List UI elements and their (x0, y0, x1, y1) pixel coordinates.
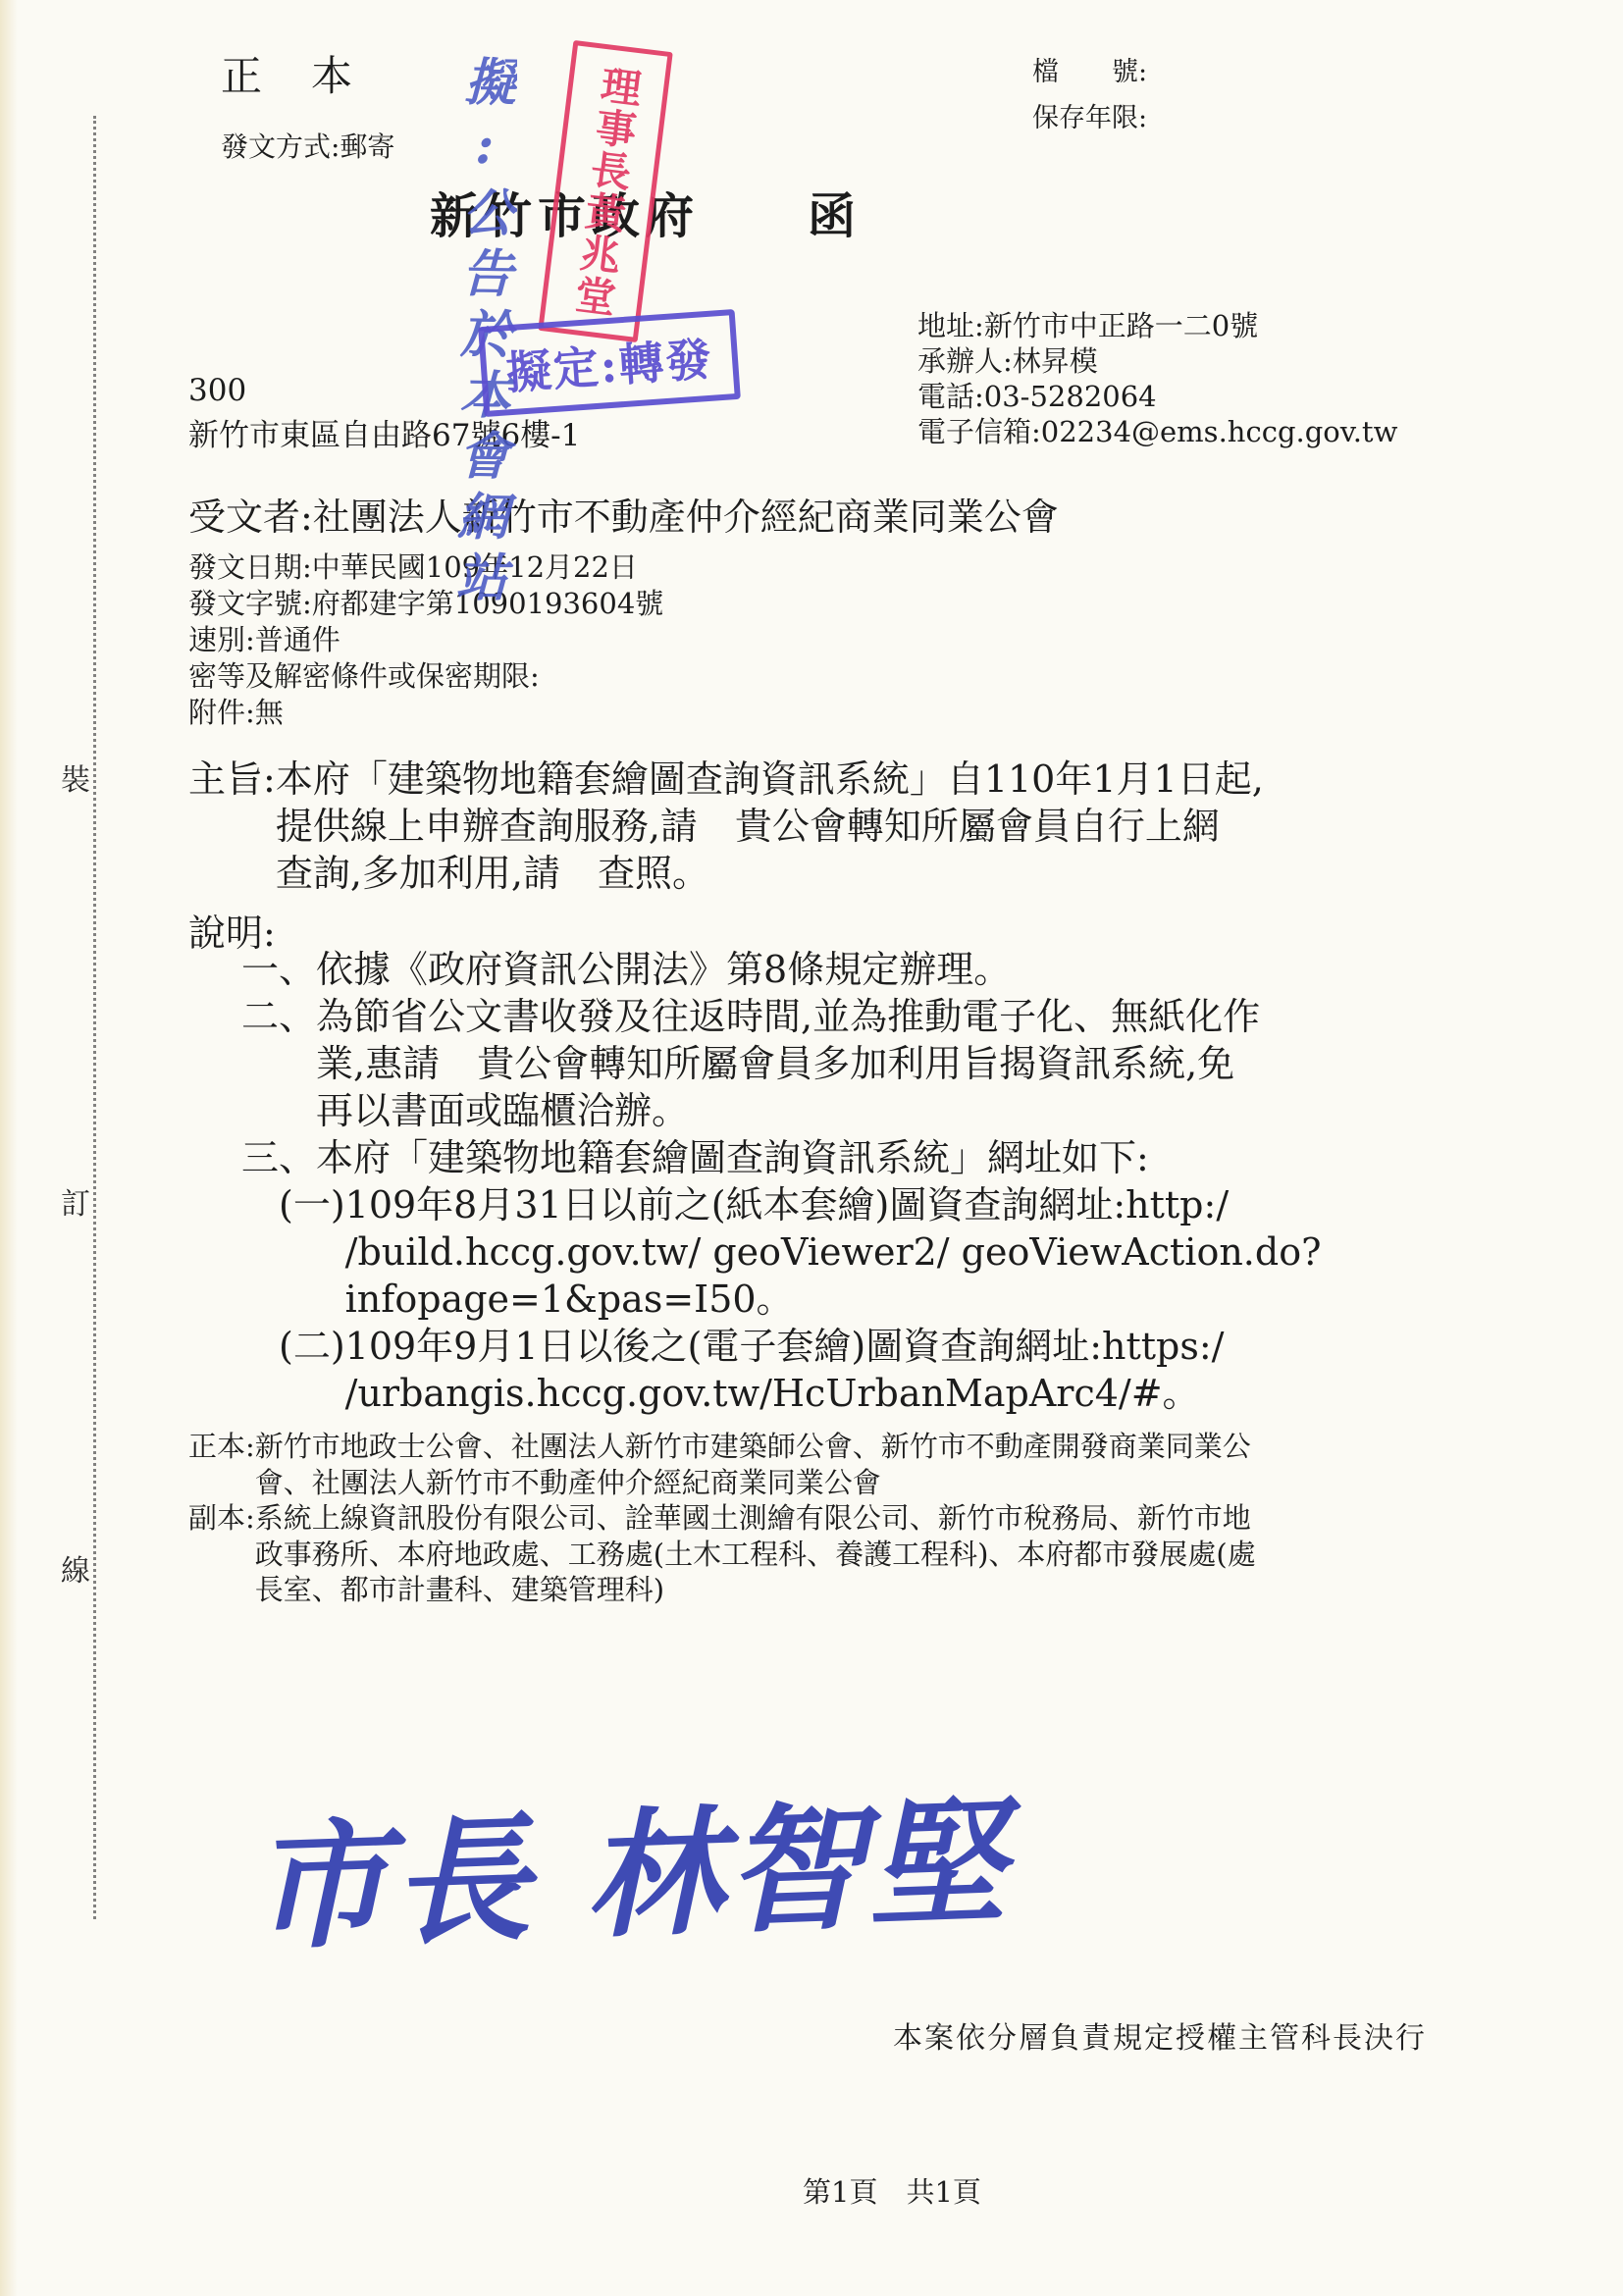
explanation-item: 三、 本府「建築物地籍套繪圖查詢資訊系統」網址如下: (241, 1134, 1439, 1181)
chairman-stamp-text: 理事長黃兆堂 (561, 62, 650, 320)
subject-label: 主旨: (188, 756, 276, 897)
sender-email: 電子信箱:02234@ems.hccg.gov.tw (917, 414, 1397, 449)
subject-text: 本府「建築物地籍套繪圖查詢資訊系統」自110年1月1日起, 提供線上申辦查詢服務… (276, 756, 1425, 897)
file-reference-block: 檔 號: 保存年限: (1032, 49, 1147, 141)
subject-section: 主旨: 本府「建築物地籍套繪圖查詢資訊系統」自110年1月1日起, 提供線上申辦… (188, 756, 1425, 897)
cc-copies-label: 副本: (188, 1500, 255, 1608)
issue-date: 發文日期:中華民國109年12月22日 (188, 549, 663, 586)
original-copies-row: 正本: 新竹市地政士公會、社團法人新竹市建築師公會、新竹市不動產開發商業同業公 … (188, 1429, 1464, 1500)
retention-period-label: 保存年限: (1032, 95, 1147, 141)
item-text: 本府「建築物地籍套繪圖查詢資訊系統」網址如下: (316, 1134, 1439, 1181)
explanation-list: 一、 依據《政府資訊公開法》第8條規定辦理。 二、 為節省公文書收發及往返時間,… (241, 946, 1439, 1417)
recipient-line: 受文者:社團法人新竹市不動產仲介經紀商業同業公會 (188, 487, 1059, 541)
paper-edge-tint (0, 0, 18, 2296)
item-label: (一) (279, 1181, 345, 1323)
security-class: 密等及解密條件或保密期限: (188, 658, 663, 695)
binding-mark-zhuang: 裝 (61, 756, 90, 799)
explanation-item: 一、 依據《政府資訊公開法》第8條規定辦理。 (241, 946, 1439, 993)
distribution-block: 正本: 新竹市地政士公會、社團法人新竹市建築師公會、新竹市不動產開發商業同業公 … (188, 1429, 1464, 1608)
recipient-address: 新竹市東區自由路67號6樓-1 (188, 410, 580, 454)
copy-type-label: 正 本 (221, 44, 356, 103)
delivery-method-label: 發文方式:郵寄 (221, 126, 394, 165)
cc-copies-list: 系統上線資訊股份有限公司、詮華國土測繪有限公司、新竹市稅務局、新竹市地 政事務所… (255, 1500, 1464, 1608)
binding-mark-xian: 線 (61, 1546, 90, 1590)
delegation-note: 本案依分層負責規定授權主管科長決行 (893, 2013, 1427, 2057)
sender-address: 地址:新竹市中正路一二0號 (917, 308, 1397, 343)
sender-phone: 電話:03-5282064 (917, 379, 1397, 414)
item-text-url: 109年9月1日以後之(電子套繪)圖資查詢網址:https:/ /urbangi… (345, 1323, 1439, 1417)
mayor-signature: 市長 林智堅 (247, 1753, 1012, 1977)
speed-class: 速別:普通件 (188, 622, 663, 658)
document-page: 裝 訂 線 正 本 發文方式:郵寄 檔 號: 保存年限: 新竹市政府 函 擬:公… (0, 0, 1623, 2296)
recipient-postal-code: 300 (188, 373, 246, 408)
document-number: 發文字號:府都建字第1090193604號 (188, 586, 663, 622)
item-label: 三、 (241, 1134, 316, 1181)
attachment-note: 附件:無 (188, 695, 663, 731)
item-text-url: 109年8月31日以前之(紙本套繪)圖資查詢網址:http:/ /build.h… (345, 1181, 1439, 1323)
decision-stamp-text: 擬定:轉發 (503, 324, 714, 403)
binding-mark-ding: 訂 (61, 1179, 90, 1223)
page-number: 第1頁 共1頁 (803, 2170, 981, 2211)
binding-dotted-line (93, 116, 96, 1919)
item-label: 一、 (241, 946, 316, 993)
explanation-subitem: (一) 109年8月31日以前之(紙本套繪)圖資查詢網址:http:/ /bui… (279, 1181, 1439, 1323)
explanation-item: 二、 為節省公文書收發及往返時間,並為推動電子化、無紙化作 業,惠請 貴公會轉知… (241, 993, 1439, 1134)
item-label: (二) (279, 1323, 345, 1417)
file-number-label: 檔 號: (1032, 49, 1147, 95)
original-copies-label: 正本: (188, 1429, 255, 1500)
sender-contact-block: 地址:新竹市中正路一二0號 承辦人:林昇模 電話:03-5282064 電子信箱… (917, 308, 1397, 449)
document-metadata-block: 發文日期:中華民國109年12月22日 發文字號:府都建字第1090193604… (188, 549, 663, 731)
item-text: 依據《政府資訊公開法》第8條規定辦理。 (316, 946, 1439, 993)
sender-contact-person: 承辦人:林昇模 (917, 343, 1397, 379)
chairman-stamp: 理事長黃兆堂 (538, 40, 673, 342)
decision-stamp: 擬定:轉發 (478, 309, 741, 417)
cc-copies-row: 副本: 系統上線資訊股份有限公司、詮華國土測繪有限公司、新竹市稅務局、新竹市地 … (188, 1500, 1464, 1608)
item-label: 二、 (241, 993, 316, 1134)
item-text: 為節省公文書收發及往返時間,並為推動電子化、無紙化作 業,惠請 貴公會轉知所屬會… (316, 993, 1439, 1134)
explanation-subitem: (二) 109年9月1日以後之(電子套繪)圖資查詢網址:https:/ /urb… (279, 1323, 1439, 1417)
original-copies-list: 新竹市地政士公會、社團法人新竹市建築師公會、新竹市不動產開發商業同業公 會、社團… (255, 1429, 1464, 1500)
